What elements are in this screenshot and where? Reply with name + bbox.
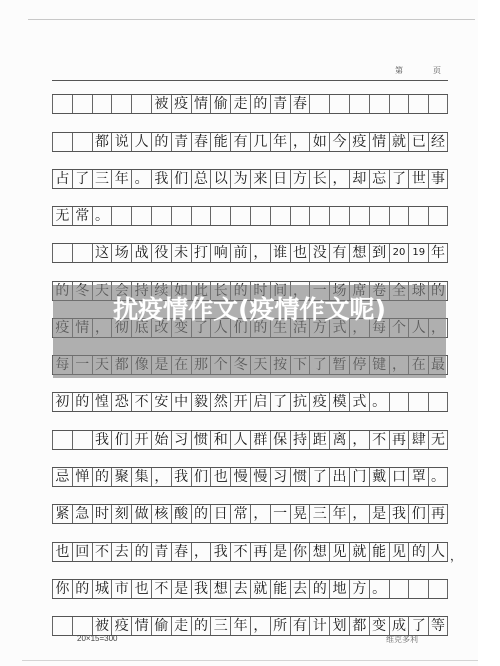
grid-cell: ， bbox=[290, 133, 310, 151]
grid-cell: 离 bbox=[329, 431, 349, 449]
grid-cell: 无 bbox=[428, 431, 448, 449]
grid-cell: 打 bbox=[191, 244, 211, 262]
grid-cell: 19 bbox=[408, 244, 428, 262]
grid-cell: 方 bbox=[290, 170, 310, 188]
grid-cell: 响 bbox=[210, 244, 230, 262]
grid-cell: 常 bbox=[230, 505, 250, 523]
scan-top-edge bbox=[28, 19, 475, 20]
grid-cell: 。 bbox=[369, 393, 389, 411]
grid-cell: 去 bbox=[290, 580, 310, 598]
margin-punctuation: ， bbox=[450, 547, 462, 564]
grid-cell: ， bbox=[349, 505, 369, 523]
grid-cell: 都 bbox=[92, 133, 112, 151]
grid-cell: 一 bbox=[270, 505, 290, 523]
grid-cell: 紧 bbox=[52, 505, 72, 523]
grid-cell: 也 bbox=[290, 244, 310, 262]
grid-cell: 情 bbox=[131, 617, 151, 635]
grid-cell: 习 bbox=[270, 468, 290, 486]
grid-cell bbox=[111, 207, 131, 225]
grid-cell: 疫 bbox=[309, 393, 329, 411]
grid-cell: 变 bbox=[369, 617, 389, 635]
grid-cell: 年 bbox=[428, 244, 448, 262]
grid-cell bbox=[52, 244, 72, 262]
essay-title-row: 被疫情偷走的青春 bbox=[52, 94, 448, 114]
essay-row: 都说人的青春能有几年，如今疫情就已经 bbox=[52, 132, 448, 152]
grid-cell: 被 bbox=[92, 617, 112, 635]
grid-cell: 们 bbox=[191, 468, 211, 486]
grid-cell: 能 bbox=[270, 580, 290, 598]
grid-cell: 初 bbox=[52, 393, 72, 411]
grid-cell: 是 bbox=[270, 543, 290, 561]
grid-cell: 是 bbox=[369, 505, 389, 523]
grid-cell: 群 bbox=[250, 431, 270, 449]
grid-cell bbox=[92, 95, 112, 113]
grid-cell bbox=[72, 95, 92, 113]
grid-cell: 的 bbox=[92, 468, 112, 486]
grid-cell: 想 bbox=[309, 543, 329, 561]
grid-cell: 安 bbox=[151, 393, 171, 411]
grid-cell: 却 bbox=[349, 170, 369, 188]
grid-cell bbox=[389, 580, 409, 598]
grid-cell: 想 bbox=[210, 580, 230, 598]
grid-cell: 开 bbox=[131, 431, 151, 449]
grid-cell: 有 bbox=[329, 244, 349, 262]
grid-cell: 不 bbox=[369, 431, 389, 449]
grid-cell bbox=[349, 207, 369, 225]
grid-cell: 了 bbox=[72, 170, 92, 188]
grid-cell: 始 bbox=[151, 431, 171, 449]
grid-cell: 的 bbox=[309, 580, 329, 598]
grid-cell: 慢 bbox=[230, 468, 250, 486]
grid-cell: 春 bbox=[171, 543, 191, 561]
grid-cell: 的 bbox=[408, 543, 428, 561]
grid-cell: 恐 bbox=[111, 393, 131, 411]
grid-cell: 如 bbox=[309, 133, 329, 151]
grid-cell: 没 bbox=[309, 244, 329, 262]
grid-cell: 人 bbox=[230, 431, 250, 449]
scan-bottom-edge bbox=[22, 660, 478, 661]
essay-row: 忌惮的聚集，我们也慢慢习惯了出门戴口罩。 bbox=[52, 467, 448, 487]
grid-cell bbox=[309, 207, 329, 225]
grid-cell: 被 bbox=[151, 95, 171, 113]
grid-cell: 为 bbox=[230, 170, 250, 188]
grid-cell: ， bbox=[329, 170, 349, 188]
brand-label: 维克多利 bbox=[386, 634, 418, 645]
grid-cell: 等 bbox=[428, 617, 448, 635]
essay-row: 紧急时刻做核酸的日常，一晃三年，是我们再 bbox=[52, 504, 448, 524]
grid-spec-label: 20×15=300 bbox=[77, 634, 118, 643]
grid-cell: 们 bbox=[408, 505, 428, 523]
grid-cell: 惮 bbox=[72, 468, 92, 486]
grid-cell bbox=[309, 95, 329, 113]
grid-cell: 役 bbox=[151, 244, 171, 262]
grid-cell: 青 bbox=[270, 95, 290, 113]
grid-cell: 年 bbox=[230, 617, 250, 635]
grid-cell: 和 bbox=[210, 431, 230, 449]
grid-cell bbox=[428, 207, 448, 225]
grid-cell: 肆 bbox=[408, 431, 428, 449]
article-title-overlay[interactable]: 扰疫情作文(疫情作文呢) bbox=[53, 292, 446, 328]
grid-cell: 年 bbox=[329, 505, 349, 523]
grid-cell: ， bbox=[151, 468, 171, 486]
grid-cell: 持 bbox=[290, 431, 310, 449]
grid-cell: 急 bbox=[72, 505, 92, 523]
grid-cell: 也 bbox=[210, 468, 230, 486]
grid-cell: 20 bbox=[389, 244, 409, 262]
grid-cell: 惯 bbox=[290, 468, 310, 486]
page-margin bbox=[478, 0, 500, 666]
grid-cell: 见 bbox=[329, 543, 349, 561]
grid-cell: ， bbox=[250, 617, 270, 635]
grid-cell bbox=[151, 207, 171, 225]
grid-cell: 三 bbox=[210, 617, 230, 635]
grid-cell: 年 bbox=[270, 133, 290, 151]
grid-cell: 了 bbox=[309, 468, 329, 486]
grid-cell: 的 bbox=[191, 505, 211, 523]
grid-cell: 我 bbox=[92, 431, 112, 449]
grid-cell: ， bbox=[191, 543, 211, 561]
grid-cell: 都 bbox=[349, 617, 369, 635]
grid-cell: 几 bbox=[250, 133, 270, 151]
grid-cell: 的 bbox=[72, 580, 92, 598]
grid-cell: 忘 bbox=[369, 170, 389, 188]
grid-cell: 的 bbox=[72, 393, 92, 411]
grid-cell: 日 bbox=[210, 505, 230, 523]
grid-cell: 已 bbox=[408, 133, 428, 151]
grid-cell bbox=[131, 207, 151, 225]
essay-row: 被疫情偷走的三年，所有计划都变成了等 bbox=[52, 616, 448, 636]
grid-cell bbox=[389, 393, 409, 411]
grid-cell: ， bbox=[250, 244, 270, 262]
grid-cell: 我 bbox=[151, 170, 171, 188]
grid-cell: 。 bbox=[369, 580, 389, 598]
grid-cell: 以 bbox=[210, 170, 230, 188]
grid-cell: 的 bbox=[151, 133, 171, 151]
grid-cell bbox=[428, 393, 448, 411]
grid-cell bbox=[389, 207, 409, 225]
grid-cell: 的 bbox=[250, 95, 270, 113]
grid-cell: 集 bbox=[131, 468, 151, 486]
grid-cell bbox=[290, 207, 310, 225]
grid-cell: 疫 bbox=[111, 617, 131, 635]
grid-cell bbox=[369, 95, 389, 113]
grid-cell: 罩 bbox=[408, 468, 428, 486]
grid-cell: 酸 bbox=[171, 505, 191, 523]
grid-cell bbox=[52, 617, 72, 635]
grid-cell bbox=[171, 207, 191, 225]
grid-cell: 我 bbox=[191, 580, 211, 598]
grid-cell: 我 bbox=[171, 468, 191, 486]
grid-cell: 走 bbox=[230, 95, 250, 113]
grid-cell: 我 bbox=[210, 543, 230, 561]
grid-cell bbox=[72, 133, 92, 151]
grid-cell: 这 bbox=[92, 244, 112, 262]
grid-cell: 就 bbox=[389, 133, 409, 151]
grid-cell: 能 bbox=[210, 133, 230, 151]
grid-cell: 戴 bbox=[369, 468, 389, 486]
grid-cell: 口 bbox=[389, 468, 409, 486]
grid-cell: 经 bbox=[428, 133, 448, 151]
grid-cell bbox=[428, 580, 448, 598]
grid-cell: 能 bbox=[369, 543, 389, 561]
grid-cell: 们 bbox=[111, 431, 131, 449]
grid-cell: 疫 bbox=[349, 133, 369, 151]
grid-cell: 场 bbox=[111, 244, 131, 262]
grid-cell: 。 bbox=[428, 468, 448, 486]
grid-cell: 见 bbox=[389, 543, 409, 561]
grid-cell: 谁 bbox=[270, 244, 290, 262]
grid-cell: 偷 bbox=[151, 617, 171, 635]
grid-cell: 情 bbox=[369, 133, 389, 151]
grid-cell: 总 bbox=[191, 170, 211, 188]
essay-row: 占了三年。我们总以为来日方长，却忘了世事 bbox=[52, 169, 448, 189]
grid-cell: 再 bbox=[250, 543, 270, 561]
grid-cell bbox=[408, 95, 428, 113]
grid-cell: 有 bbox=[230, 133, 250, 151]
grid-cell: 长 bbox=[309, 170, 329, 188]
grid-cell: 们 bbox=[171, 170, 191, 188]
grid-cell: 。 bbox=[131, 170, 151, 188]
essay-row: 初的惶恐不安中毅然开启了抗疫模式。 bbox=[52, 392, 448, 412]
grid-cell: 你 bbox=[290, 543, 310, 561]
grid-cell bbox=[250, 207, 270, 225]
grid-cell bbox=[210, 207, 230, 225]
grid-cell: 疫 bbox=[171, 95, 191, 113]
grid-cell: 不 bbox=[92, 543, 112, 561]
grid-cell: 我 bbox=[389, 505, 409, 523]
essay-row: 无常。 bbox=[52, 206, 448, 226]
grid-cell: 常 bbox=[72, 207, 92, 225]
grid-cell: 三 bbox=[92, 170, 112, 188]
grid-cell: 战 bbox=[131, 244, 151, 262]
grid-cell bbox=[52, 431, 72, 449]
grid-cell: 今 bbox=[329, 133, 349, 151]
grid-cell: 。 bbox=[92, 207, 112, 225]
grid-cell: 聚 bbox=[111, 468, 131, 486]
grid-cell: 去 bbox=[111, 543, 131, 561]
grid-cell bbox=[72, 431, 92, 449]
grid-cell: 走 bbox=[171, 617, 191, 635]
grid-cell: 计 bbox=[309, 617, 329, 635]
page-number-prefix: 第 bbox=[395, 65, 403, 76]
grid-cell bbox=[329, 95, 349, 113]
grid-cell bbox=[72, 617, 92, 635]
grid-cell: 有 bbox=[290, 617, 310, 635]
grid-cell: 市 bbox=[111, 580, 131, 598]
grid-cell: 青 bbox=[151, 543, 171, 561]
grid-cell: 惶 bbox=[92, 393, 112, 411]
grid-cell: 占 bbox=[52, 170, 72, 188]
grid-cell: 地 bbox=[329, 580, 349, 598]
grid-cell: 是 bbox=[171, 580, 191, 598]
grid-cell bbox=[191, 207, 211, 225]
page-number-suffix: 页 bbox=[433, 65, 441, 76]
grid-cell: 未 bbox=[171, 244, 191, 262]
grid-cell: 事 bbox=[428, 170, 448, 188]
grid-cell: 人 bbox=[428, 543, 448, 561]
grid-cell: 也 bbox=[52, 543, 72, 561]
grid-cell: 到 bbox=[369, 244, 389, 262]
grid-cell: 然 bbox=[210, 393, 230, 411]
grid-cell: 的 bbox=[131, 543, 151, 561]
grid-cell: 春 bbox=[191, 133, 211, 151]
grid-cell: 划 bbox=[329, 617, 349, 635]
grid-cell: 核 bbox=[151, 505, 171, 523]
grid-cell bbox=[408, 580, 428, 598]
grid-cell: 前 bbox=[230, 244, 250, 262]
grid-cell: 年 bbox=[111, 170, 131, 188]
grid-cell: 无 bbox=[52, 207, 72, 225]
grid-cell: 日 bbox=[270, 170, 290, 188]
grid-cell bbox=[230, 207, 250, 225]
grid-cell bbox=[408, 393, 428, 411]
grid-cell: 再 bbox=[428, 505, 448, 523]
grid-cell: 忌 bbox=[52, 468, 72, 486]
essay-row: 我们开始习惯和人群保持距离，不再肆无 bbox=[52, 430, 448, 450]
grid-cell: 情 bbox=[191, 95, 211, 113]
essay-row: 你的城市也不是我想去就能去的地方。 bbox=[52, 579, 448, 599]
grid-cell: 说 bbox=[111, 133, 131, 151]
grid-cell: 慢 bbox=[250, 468, 270, 486]
grid-cell: 距 bbox=[309, 431, 329, 449]
grid-cell: 成 bbox=[389, 617, 409, 635]
grid-cell: 模 bbox=[329, 393, 349, 411]
grid-cell bbox=[428, 95, 448, 113]
essay-row: 也回不去的青春，我不再是你想见就能见的人 bbox=[52, 542, 448, 562]
grid-cell: 抗 bbox=[290, 393, 310, 411]
grid-cell: 世 bbox=[408, 170, 428, 188]
grid-cell: 时 bbox=[92, 505, 112, 523]
grid-cell bbox=[270, 207, 290, 225]
grid-cell: 三 bbox=[309, 505, 329, 523]
grid-cell: 就 bbox=[349, 543, 369, 561]
grid-cell bbox=[369, 207, 389, 225]
grid-cell: 城 bbox=[92, 580, 112, 598]
grid-cell: 来 bbox=[250, 170, 270, 188]
grid-cell: 所 bbox=[270, 617, 290, 635]
grid-cell bbox=[52, 95, 72, 113]
grid-cell bbox=[349, 95, 369, 113]
grid-cell: 刻 bbox=[111, 505, 131, 523]
grid-cell: 再 bbox=[389, 431, 409, 449]
grid-cell: 偷 bbox=[210, 95, 230, 113]
grid-cell: 做 bbox=[131, 505, 151, 523]
grid-cell: 惯 bbox=[191, 431, 211, 449]
grid-cell bbox=[408, 207, 428, 225]
grid-cell: 开 bbox=[230, 393, 250, 411]
grid-cell: 不 bbox=[131, 393, 151, 411]
grid-cell bbox=[52, 133, 72, 151]
grid-cell: 人 bbox=[131, 133, 151, 151]
grid-cell: 门 bbox=[349, 468, 369, 486]
grid-cell: 回 bbox=[72, 543, 92, 561]
grid-cell: 你 bbox=[52, 580, 72, 598]
grid-cell: 式 bbox=[349, 393, 369, 411]
grid-cell: 就 bbox=[250, 580, 270, 598]
grid-cell: 启 bbox=[250, 393, 270, 411]
grid-cell bbox=[329, 207, 349, 225]
grid-cell: ， bbox=[349, 431, 369, 449]
grid-cell: 不 bbox=[230, 543, 250, 561]
grid-cell: 中 bbox=[171, 393, 191, 411]
essay-row: 这场战役未打响前，谁也没有想到2019年 bbox=[52, 243, 448, 263]
grid-cell: 也 bbox=[131, 580, 151, 598]
grid-cell: 了 bbox=[408, 617, 428, 635]
grid-cell: 了 bbox=[389, 170, 409, 188]
header-rule bbox=[52, 80, 448, 81]
grid-cell: 习 bbox=[171, 431, 191, 449]
grid-cell: 春 bbox=[290, 95, 310, 113]
grid-cell: 青 bbox=[171, 133, 191, 151]
grid-cell: 晃 bbox=[290, 505, 310, 523]
grid-cell: 想 bbox=[349, 244, 369, 262]
grid-cell: 出 bbox=[329, 468, 349, 486]
grid-cell bbox=[131, 95, 151, 113]
grid-cell: 毅 bbox=[191, 393, 211, 411]
grid-cell: 的 bbox=[191, 617, 211, 635]
grid-cell bbox=[72, 244, 92, 262]
grid-cell: 去 bbox=[230, 580, 250, 598]
grid-cell: 保 bbox=[270, 431, 290, 449]
grid-cell: ， bbox=[250, 505, 270, 523]
grid-cell: 了 bbox=[270, 393, 290, 411]
grid-cell bbox=[111, 95, 131, 113]
grid-cell: 不 bbox=[151, 580, 171, 598]
grid-cell bbox=[389, 95, 409, 113]
grid-cell: 方 bbox=[349, 580, 369, 598]
